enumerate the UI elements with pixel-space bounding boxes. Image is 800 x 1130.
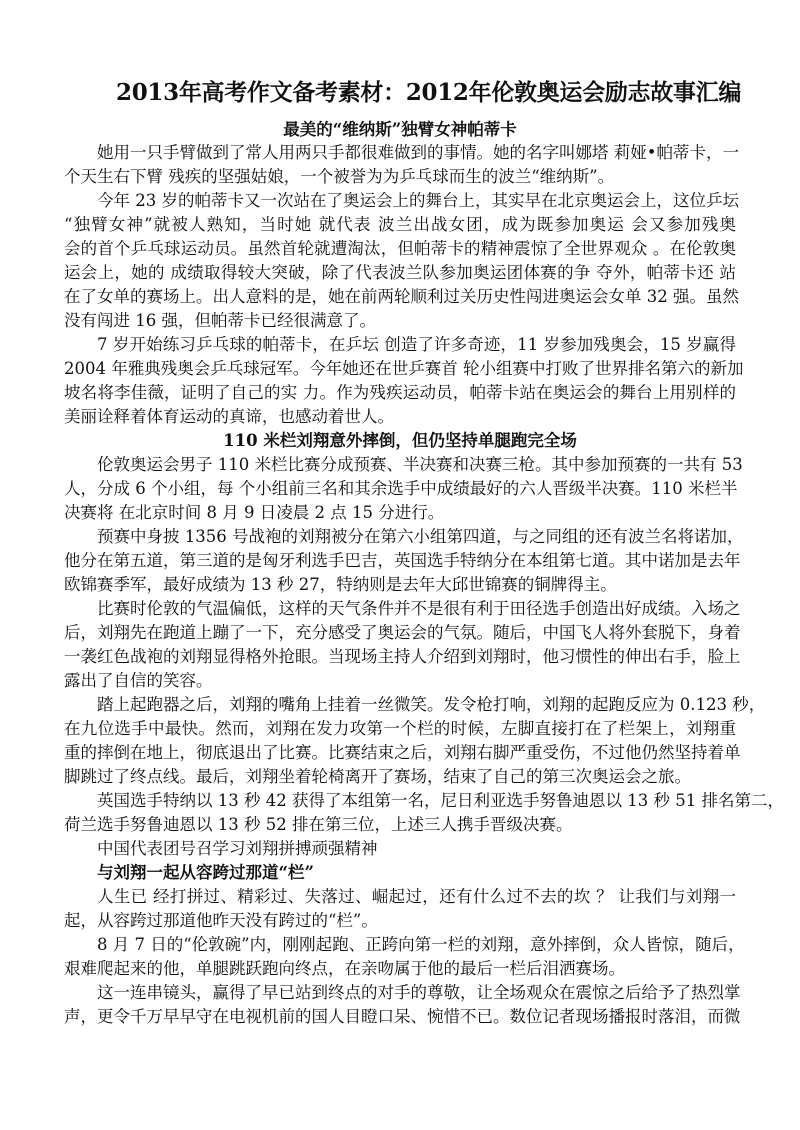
text-line: 这一连串镜头，赢得了早已站到终点的对手的尊敬，让全场观众在震惊之后给予了热烈掌	[97, 981, 736, 1005]
text-line: 她用一只手臂做到了常人用两只手都很难做到的事情。她的名字叫娜塔 莉娅•帕蒂卡，一	[97, 141, 736, 165]
section-heading: 最美的“维纳斯”独臂女神帕蒂卡	[64, 118, 736, 142]
text-line: 起，从容跨过那道他昨天没有跨过的“栏”。	[64, 909, 736, 933]
text-line: 人，分成 6 个小组，每 个小组前三名和其余选手中成绩最好的六人晋级半决赛。11…	[64, 477, 736, 501]
text-line: 重的摔倒在地上，彻底退出了比赛。比赛结束之后，刘翔右脚严重受伤，不过他仍然坚持着…	[64, 741, 736, 765]
text-line: 伦敦奥运会男子 110 米栏比赛分成预赛、半决赛和决赛三枪。其中参加预赛的一共有…	[97, 453, 736, 477]
text-line: 他分在第五道，第三道的是匈牙利选手巴吉，英国选手特纳分在本组第七道。其中诺加是去…	[64, 549, 736, 573]
text-line: 露出了自信的笑容。	[64, 669, 736, 693]
text-line: 艰难爬起来的他，单腿跳跃跑向终点，在亲吻属于他的最后一栏后泪洒赛场。	[64, 957, 736, 981]
section-heading: 与刘翔一起从容跨过那道“栏”	[97, 861, 736, 885]
text-line: 声，更令千万早早守在电视机前的国人目瞪口呆、惋惜不已。数位记者现场播报时落泪，而…	[64, 1005, 736, 1029]
text-line: 2004 年雅典残奥会乒乓球冠军。今年她还在世乒赛首 轮小组赛中打败了世界排名第…	[64, 357, 736, 381]
document-title: 2013年高考作文备考素材：2012年伦敦奥运会励志故事汇编	[116, 78, 736, 108]
text-line: “独臂女神”就被人熟知，当时她 就代表 波兰出战女团，成为既参加奥运 会又参加残…	[64, 213, 736, 237]
text-line: 8 月 7 日的“伦敦碗”内，刚刚起跑、正跨向第一栏的刘翔，意外摔倒，众人皆惊，…	[97, 933, 736, 957]
text-line: 决赛将 在北京时间 8 月 9 日凌晨 2 点 15 分进行。	[64, 501, 736, 525]
text-line: 坡名将李佳薇，证明了自己的实 力。作为残疾运动员，帕蒂卡站在奥运会的舞台上用别样…	[64, 381, 736, 405]
text-line: 在九位选手中最快。然而，刘翔在发力攻第一个栏的时候，左脚直接打在了栏架上，刘翔重	[64, 717, 736, 741]
text-line: 个天生右下臂 残疾的坚强姑娘，一个被誉为为乒乓球而生的波兰“维纳斯”。	[64, 165, 736, 189]
text-line: 没有闯进 16 强，但帕蒂卡已经很满意了。	[64, 309, 736, 333]
text-line: 英国选手特纳以 13 秒 42 获得了本组第一名，尼日利亚选手努鲁迪恩以 13 …	[97, 789, 736, 813]
text-line: 运会上，她的 成绩取得较大突破，除了代表波兰队参加奥运团体赛的争 夺外，帕蒂卡还…	[64, 261, 736, 285]
document-page: 2013年高考作文备考素材：2012年伦敦奥运会励志故事汇编 最美的“维纳斯”独…	[0, 0, 800, 1130]
text-line: 一袭红色战袍的刘翔显得格外抢眼。当现场主持人介绍到刘翔时，他习惯性的伸出右手，脸…	[64, 645, 736, 669]
text-line: 后，刘翔先在跑道上蹦了一下，充分感受了奥运会的气氛。随后，中国飞人将外套脱下，身…	[64, 621, 736, 645]
text-line: 欧锦赛季军，最好成绩为 13 秒 27，特纳则是去年大邱世锦赛的铜牌得主。	[64, 573, 736, 597]
text-line: 美丽诠释着体育运动的真谛，也感动着世人。	[64, 405, 736, 429]
text-line: 7 岁开始练习乒乓球的帕蒂卡，在乒坛 创造了许多奇迹，11 岁参加残奥会，15 …	[97, 333, 736, 357]
text-line: 比赛时伦敦的气温偏低，这样的天气条件并不是很有利于田径选手创造出好成绩。入场之	[97, 597, 736, 621]
text-line: 脚跳过了终点线。最后，刘翔坐着轮椅离开了赛场，结束了自己的第三次奥运会之旅。	[64, 765, 736, 789]
text-line: 在了女单的赛场上。出人意料的是，她在前两轮顺利过关历史性闯进奥运会女单 32 强…	[64, 285, 736, 309]
text-line: 荷兰选手努鲁迪恩以 13 秒 52 排在第三位，上述三人携手晋级决赛。	[64, 813, 736, 837]
section-heading: 110 米栏刘翔意外摔倒，但仍坚持单腿跑完全场	[64, 429, 736, 453]
text-line: 踏上起跑器之后，刘翔的嘴角上挂着一丝微笑。发令枪打响，刘翔的起跑反应为 0.12…	[97, 693, 736, 717]
text-line: 人生已 经打拼过、精彩过、失落过、崛起过，还有什么过不去的坎 ？ 让我们与刘翔一	[97, 885, 736, 909]
text-line: 预赛中身披 1356 号战袍的刘翔被分在第六小组第四道，与之同组的还有波兰名将诺…	[97, 525, 736, 549]
text-line: 今年 23 岁的帕蒂卡又一次站在了奥运会上的舞台上，其实早在北京奥运会上，这位乒…	[97, 189, 736, 213]
text-line: 会的首个乒乓球运动员。虽然首轮就遭淘汰，但帕蒂卡的精神震惊了全世界观众 。在伦敦…	[64, 237, 736, 261]
text-line: 中国代表团号召学习刘翔拼搏顽强精神	[97, 837, 736, 861]
